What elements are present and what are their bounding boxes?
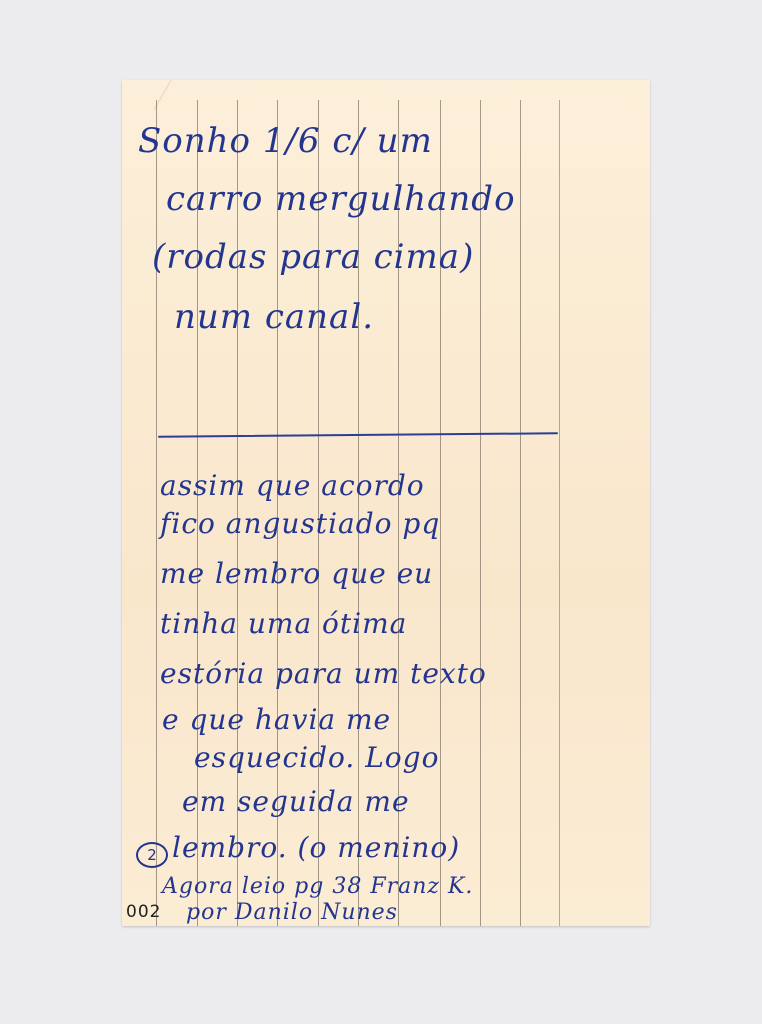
ruled-line [480,100,481,926]
paper-crease [153,80,211,110]
ruled-line [156,100,157,926]
main-note-line-1: assim que acordo [160,472,425,500]
dream-note-line-1: Sonho 1/6 c/ um [138,124,433,158]
ruled-line [520,100,521,926]
index-card: Sonho 1/6 c/ um carro mergulhando (rodas… [122,80,650,926]
main-note-line-10: Agora leio pg 38 Franz K. [162,876,473,898]
dream-note-line-4: num canal. [174,300,374,334]
circled-number-mark: 2 [136,842,168,868]
main-note-line-2: fico angustiado pq [160,510,440,538]
main-note-line-6: e que havia me [162,706,391,734]
dream-note-line-3: (rodas para cima) [152,240,474,274]
main-note-line-11: por Danilo Nunes [186,902,398,924]
main-note-line-4: tinha uma ótima [160,610,407,638]
dream-note-line-2: carro mergulhando [166,182,516,216]
main-note-line-9: lembro. (o menino) [172,834,460,862]
main-note-line-3: me lembro que eu [160,560,433,588]
main-note-line-8: em seguida me [182,788,410,816]
main-note-line-5: estória para um texto [160,660,487,688]
margin-line [559,100,560,926]
main-note-line-7: esquecido. Logo [194,744,439,772]
card-number: 002 [126,902,161,922]
